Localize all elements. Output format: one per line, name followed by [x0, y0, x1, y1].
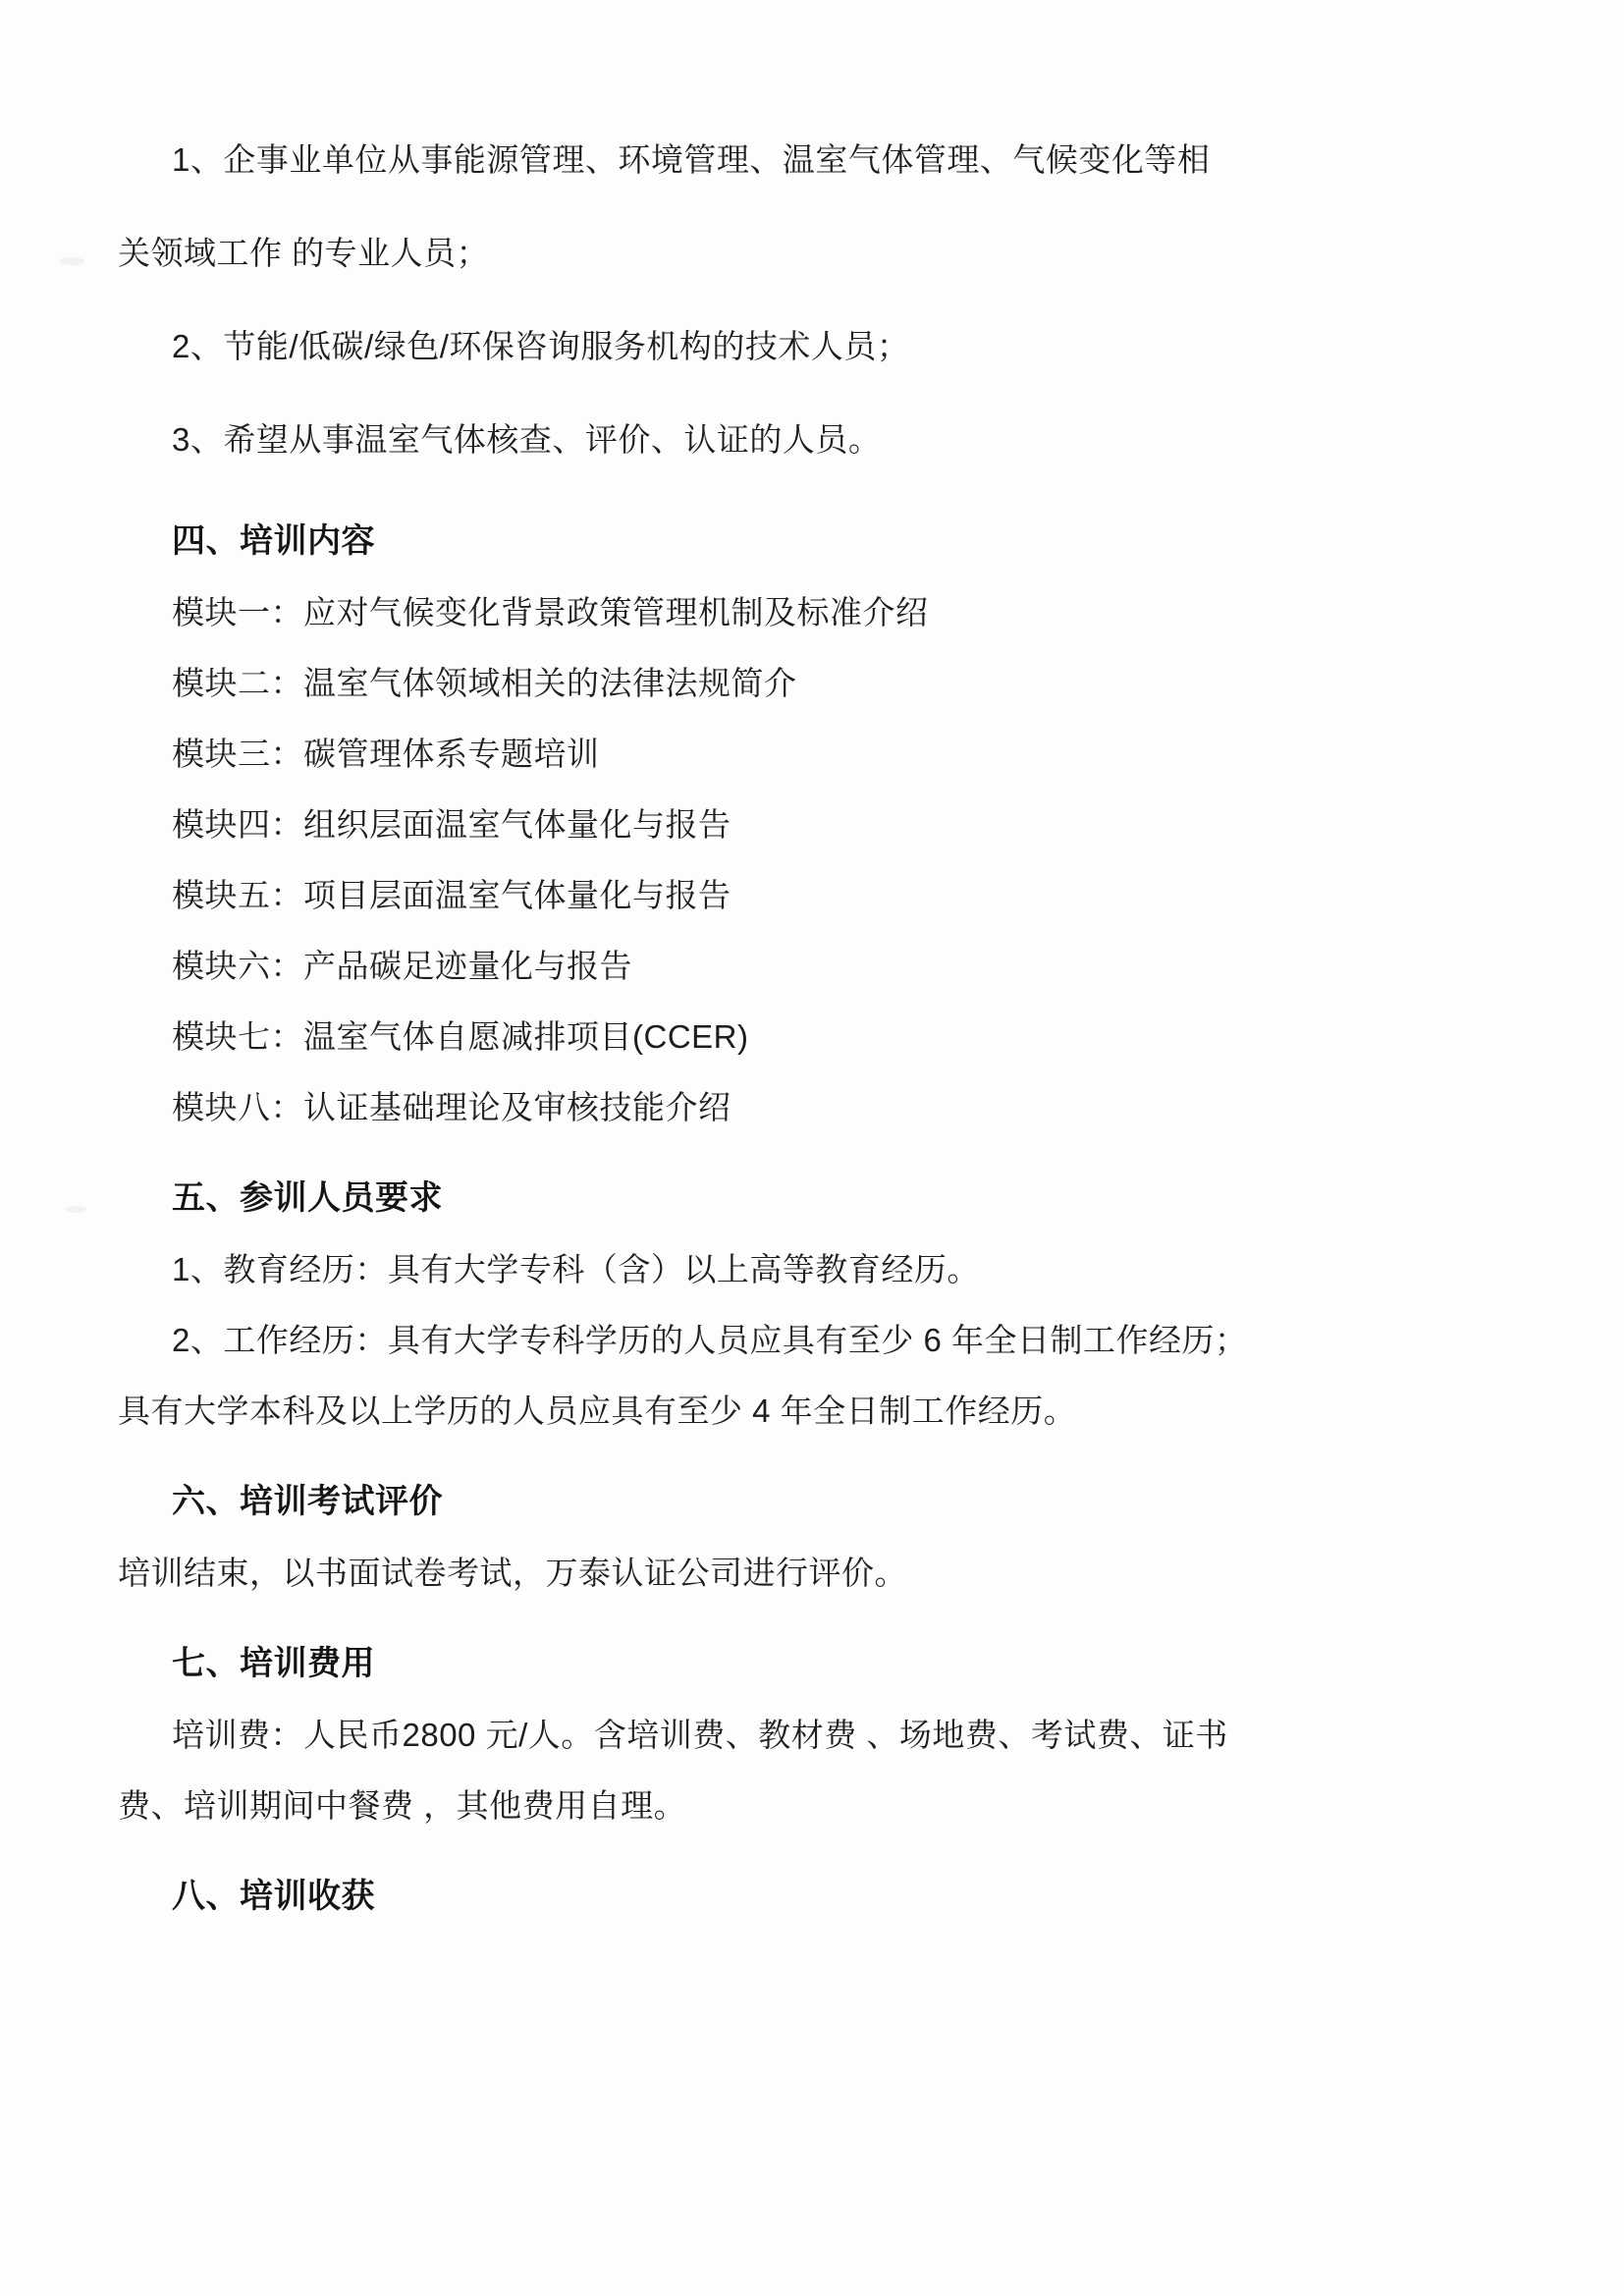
scan-artifact [65, 1206, 86, 1213]
section-training-gains: 八、培训收获 [118, 1861, 1502, 1933]
module-line-8: 模块八：认证基础理论及审核技能介绍 [118, 1072, 1502, 1143]
requirement-education: 1、教育经历：具有大学专科（含）以上高等教育经历。 [118, 1234, 1502, 1305]
audience-item-2: 2、节能/低碳/绿色/环保咨询服务机构的技术人员； [118, 300, 1502, 393]
module-line-7: 模块七：温室气体自愿减排项目(CCER) [118, 1002, 1502, 1072]
exam-evaluation-body: 培训结束，以书面试卷考试，万泰认证公司进行评价。 [118, 1538, 1502, 1609]
module-line-6: 模块六：产品碳足迹量化与报告 [118, 931, 1502, 1002]
section-7-heading: 七、培训费用 [118, 1628, 1502, 1700]
section-participant-requirements: 五、参训人员要求 1、教育经历：具有大学专科（含）以上高等教育经历。 2、工作经… [118, 1163, 1502, 1447]
module-line-2: 模块二：温室气体领域相关的法律法规简介 [118, 648, 1502, 719]
audience-item-1-line-2: 关领域工作 的专业人员； [118, 206, 1502, 300]
module-line-3: 模块三：碳管理体系专题培训 [118, 719, 1502, 790]
document-page: 1、企事业单位从事能源管理、环境管理、温室气体管理、气候变化等相 关领域工作 的… [0, 0, 1624, 2296]
scan-artifact [59, 257, 84, 265]
section-6-heading: 六、培训考试评价 [118, 1466, 1502, 1538]
fee-body-line-2: 费、培训期间中餐费 ，其他费用自理。 [118, 1771, 1502, 1841]
section-exam-evaluation: 六、培训考试评价 培训结束，以书面试卷考试，万泰认证公司进行评价。 [118, 1466, 1502, 1609]
audience-item-1-line-1: 1、企事业单位从事能源管理、环境管理、温室气体管理、气候变化等相 [118, 113, 1502, 206]
section-8-heading: 八、培训收获 [118, 1861, 1502, 1933]
module-line-1: 模块一：应对气候变化背景政策管理机制及标准介绍 [118, 577, 1502, 648]
section-training-content: 四、培训内容 模块一：应对气候变化背景政策管理机制及标准介绍 模块二：温室气体领… [118, 506, 1502, 1143]
section-5-heading: 五、参训人员要求 [118, 1163, 1502, 1234]
section-4-heading: 四、培训内容 [118, 506, 1502, 577]
audience-list: 1、企事业单位从事能源管理、环境管理、温室气体管理、气候变化等相 关领域工作 的… [118, 113, 1502, 486]
audience-item-3: 3、希望从事温室气体核查、评价、认证的人员。 [118, 393, 1502, 486]
requirement-work-line-1: 2、工作经历：具有大学专科学历的人员应具有至少 6 年全日制工作经历； [118, 1305, 1502, 1376]
module-line-4: 模块四：组织层面温室气体量化与报告 [118, 790, 1502, 860]
module-line-5: 模块五：项目层面温室气体量化与报告 [118, 860, 1502, 931]
requirement-work-line-2: 具有大学本科及以上学历的人员应具有至少 4 年全日制工作经历。 [118, 1376, 1502, 1447]
fee-body-line-1: 培训费：人民币2800 元/人。含培训费、教材费 、场地费、考试费、证书 [118, 1700, 1502, 1771]
section-training-fee: 七、培训费用 培训费：人民币2800 元/人。含培训费、教材费 、场地费、考试费… [118, 1628, 1502, 1841]
